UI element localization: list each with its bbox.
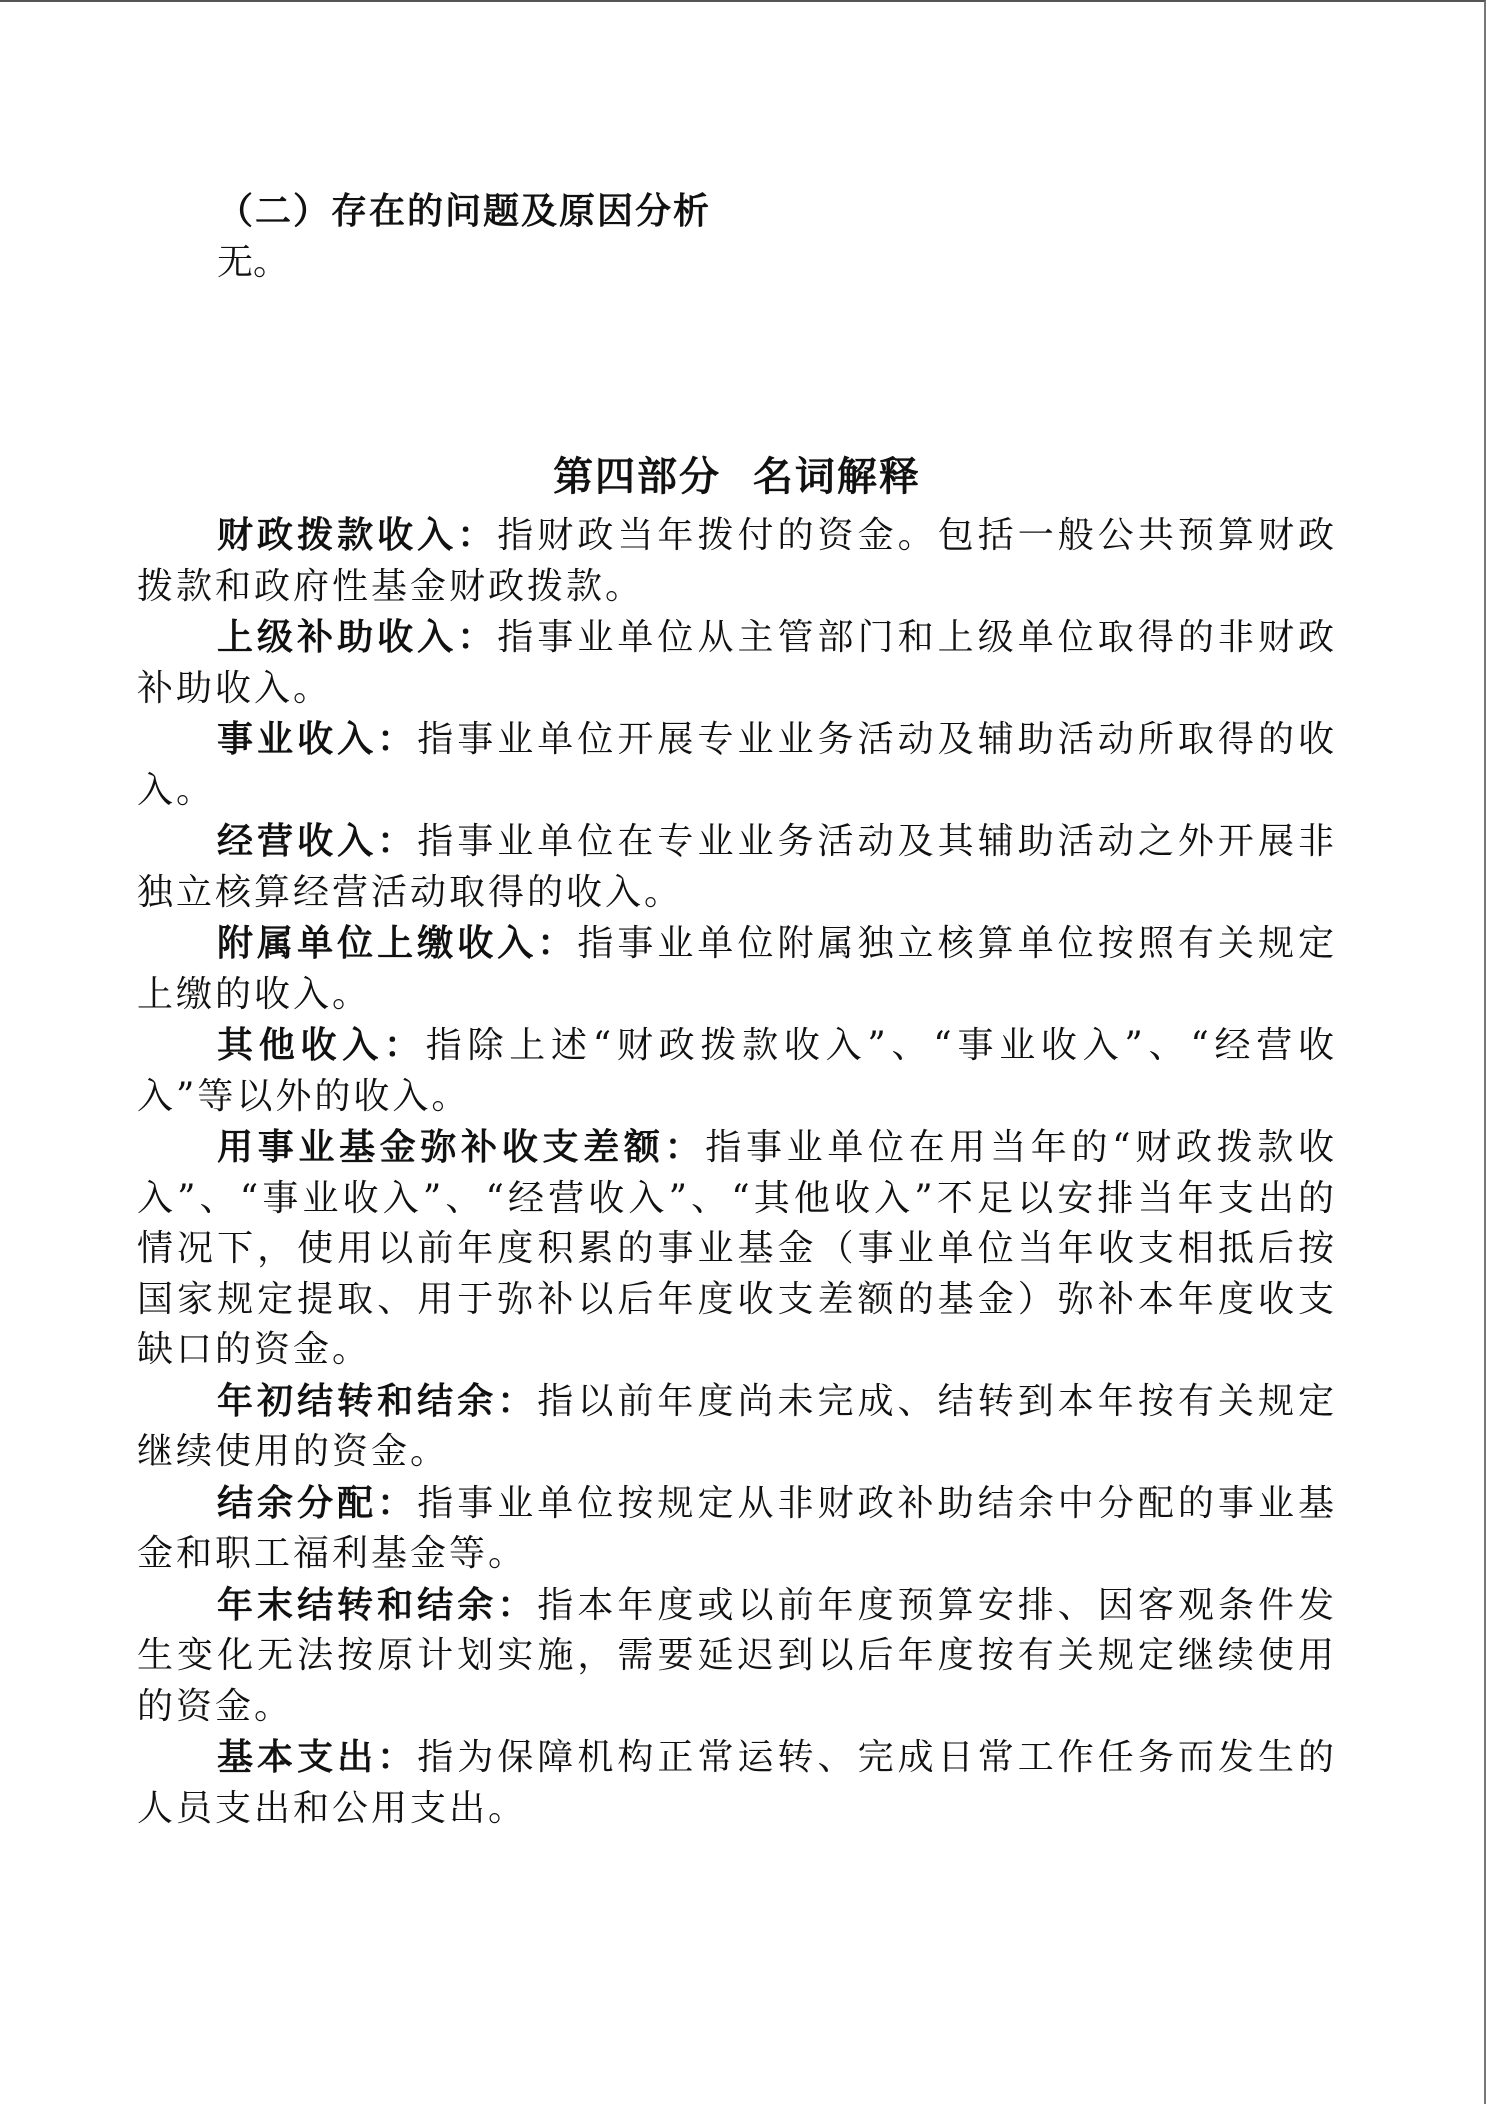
subsection-heading: （二）存在的问题及原因分析 xyxy=(217,186,711,236)
definition-term: 附属单位上缴收入： xyxy=(217,922,577,964)
definition-item: 经营收入：指事业单位在专业业务活动及其辅助活动之外开展非独立核算经营活动取得的收… xyxy=(137,816,1337,918)
definition-item: 年初结转和结余：指以前年度尚未完成、结转到本年按有关规定继续使用的资金。 xyxy=(137,1376,1337,1478)
definitions-list: 财政拨款收入：指财政当年拨付的资金。包括一般公共预算财政拨款和政府性基金财政拨款… xyxy=(137,510,1337,1834)
definition-item: 用事业基金弥补收支差额：指事业单位在用当年的“财政拨款收入”、“事业收入”、“经… xyxy=(137,1122,1337,1376)
definition-item: 财政拨款收入：指财政当年拨付的资金。包括一般公共预算财政拨款和政府性基金财政拨款… xyxy=(137,510,1337,612)
definition-item: 其他收入：指除上述“财政拨款收入”、“事业收入”、“经营收入”等以外的收入。 xyxy=(137,1020,1337,1122)
definition-term: 财政拨款收入： xyxy=(217,514,497,556)
definition-item: 上级补助收入：指事业单位从主管部门和上级单位取得的非财政补助收入。 xyxy=(137,612,1337,714)
definition-term: 其他收入： xyxy=(217,1024,426,1066)
definition-term: 结余分配： xyxy=(217,1482,417,1524)
section-title: 第四部分 名词解释 xyxy=(137,450,1337,504)
definition-term: 年初结转和结余： xyxy=(217,1380,537,1422)
definition-item: 结余分配：指事业单位按规定从非财政补助结余中分配的事业基金和职工福利基金等。 xyxy=(137,1478,1337,1580)
definition-term: 上级补助收入： xyxy=(217,616,497,658)
definition-item: 基本支出：指为保障机构正常运转、完成日常工作任务而发生的人员支出和公用支出。 xyxy=(137,1732,1337,1834)
definition-item: 附属单位上缴收入：指事业单位附属独立核算单位按照有关规定上缴的收入。 xyxy=(137,918,1337,1020)
subsection-content: 无。 xyxy=(217,238,289,288)
definition-term: 事业收入： xyxy=(217,718,417,760)
definition-term: 用事业基金弥补收支差额： xyxy=(217,1126,705,1168)
definition-item: 事业收入：指事业单位开展专业业务活动及辅助活动所取得的收入。 xyxy=(137,714,1337,816)
definition-term: 经营收入： xyxy=(217,820,417,862)
document-page: （二）存在的问题及原因分析 无。 第四部分 名词解释 财政拨款收入：指财政当年拨… xyxy=(0,0,1486,2104)
definition-item: 年末结转和结余：指本年度或以前年度预算安排、因客观条件发生变化无法按原计划实施，… xyxy=(137,1580,1337,1733)
definition-term: 基本支出： xyxy=(217,1736,417,1778)
definition-term: 年末结转和结余： xyxy=(217,1584,537,1626)
